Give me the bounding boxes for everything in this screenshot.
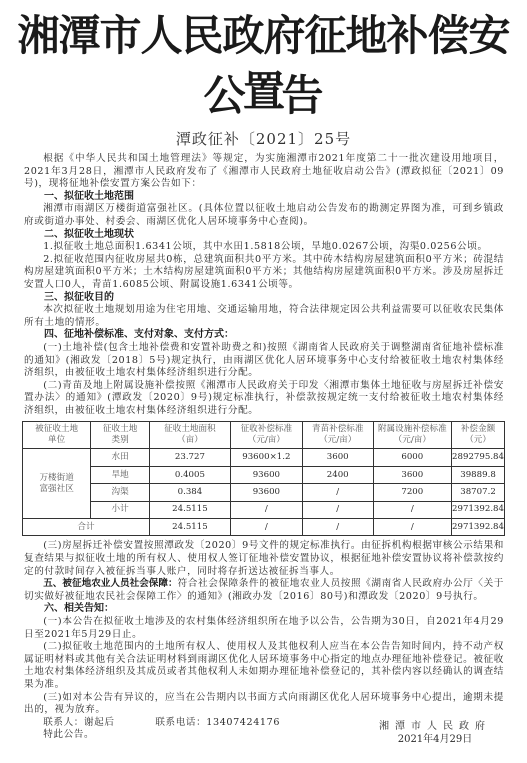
land-type-cell: 旱地 [91,466,150,483]
issuing-organization: 湘潭市人民政府 [379,720,491,733]
amount-cell: 38707.2 [452,484,505,501]
land-type-cell: 小计 [91,501,150,518]
section-heading: 四、征地补偿标准、支付对象、支付方式： [24,329,504,342]
amount-cell: 2971392.84 [452,519,505,536]
column-header: 征收补偿标准（元/亩） [230,422,302,449]
table-row: 万楼街道富强社区 水田 23.727 93600×1.2 3600 6000 2… [23,449,505,466]
crop-cell: / [302,484,373,501]
amount-cell: 2892795.84 [452,449,505,466]
area-cell: 24.5115 [149,501,230,518]
facility-cell: 3600 [373,466,451,483]
area-cell: 24.5115 [149,519,230,536]
standard-cell: 93600×1.2 [230,449,302,466]
compensation-table: 被征收土地单位 征收土地类别 征收土地面积（亩） 征收补偿标准（元/亩） 青苗补… [22,421,505,536]
crop-cell: / [302,501,373,518]
paragraph: (一)土地补偿(包含土地补偿费和安置补助费之和)按照《湖南省人民政府关于调整湖南… [24,342,504,380]
paragraph: 2.拟征收范围内征收房屋共0栋，总建筑面积共0平方米。其中砖木结构房屋建筑面积0… [24,254,504,292]
crop-cell: 2400 [302,466,373,483]
paragraph: (一)本公告在拟征收土地涉及的农村集体经济组织所在地予以公告，公告期为30日，自… [24,616,504,641]
document-number: 潭政征补〔2021〕25号 [0,128,527,149]
column-header: 补偿金额（元） [452,422,505,449]
crop-cell: 3600 [302,449,373,466]
column-header: 附属设施补偿标准（元/亩） [373,422,451,449]
facility-cell: 7200 [373,484,451,501]
standard-cell: / [230,519,302,536]
paragraph: 湘潭市雨湖区万楼街道富强社区。(具体位置以征收土地启动公告发布的勘测定界图为准，… [24,203,504,228]
standard-cell: / [230,501,302,518]
area-cell: 23.727 [149,449,230,466]
column-header: 征收土地面积（亩） [149,422,230,449]
amount-cell: 2971392.84 [452,501,505,518]
section-heading-inline: 五、被征地农业人员社会保障： [43,578,177,589]
section-heading: 二、拟征收土地现状 [24,229,504,242]
table-row-subtotal: 小计 24.5115 / / / 2971392.84 [23,501,505,518]
section-heading: 一、拟征收土地范围 [24,191,504,204]
total-label-cell: 合计 [23,519,150,536]
standard-cell: 93600 [230,484,302,501]
table-row-total: 合计 24.5115 / / / 2971392.84 [23,519,505,536]
facility-cell: / [373,501,451,518]
land-type-cell: 水田 [91,449,150,466]
paragraph: (二)青苗及地上附属设施补偿按照《湘潭市人民政府关于印发〈湘潭市集体土地征收与房… [24,380,504,418]
amount-cell: 39889.8 [452,466,505,483]
paragraph: 本次拟征收土地规划用途为住宅用地、交通运输用地，符合法律规定因公共利益需要可以征… [24,304,504,329]
table-row: 旱地 0.4005 93600 2400 3600 39889.8 [23,466,505,483]
unit-name-cell: 万楼街道富强社区 [23,449,91,519]
paragraph-social-security: 五、被征地农业人员社会保障：符合社会保障条件的被征地农业人员按照《湖南省人民政府… [24,578,504,603]
land-type-cell: 沟渠 [91,484,150,501]
notice-body: 根据《中华人民共和国土地管理法》等规定，为实施湘潭市2021年度第二十一批次建设… [24,153,504,742]
paragraph: 1.拟征收土地总面积1.6341公顷，其中水田1.5818公顷，旱地0.0267… [24,241,504,254]
area-cell: 0.384 [149,484,230,501]
section-heading: 六、相关告知： [24,603,504,616]
signature-block: 湘潭市人民政府 2021年4月29日 [379,720,491,746]
paragraph: (二)拟征收土地范围内的土地所有权人、使用权人及其他权利人应当在本公告告知时间内… [24,641,504,691]
table-row: 沟渠 0.384 93600 / 7200 38707.2 [23,484,505,501]
intro-paragraph: 根据《中华人民共和国土地管理法》等规定，为实施湘潭市2021年度第二十一批次建设… [24,153,504,191]
table-header-row: 被征收土地单位 征收土地类别 征收土地面积（亩） 征收补偿标准（元/亩） 青苗补… [23,422,505,449]
crop-cell: / [302,519,373,536]
column-header: 被征收土地单位 [23,422,91,449]
issue-date: 2021年4月29日 [379,733,491,746]
facility-cell: / [373,519,451,536]
page-subtitle: 公告 [0,68,527,124]
column-header: 青苗补偿标准（元/亩） [302,422,373,449]
area-cell: 0.4005 [149,466,230,483]
section-heading: 三、拟征收目的 [24,292,504,305]
facility-cell: 6000 [373,449,451,466]
paragraph: (三)如对本公告有异议的，应当在公告期内以书面方式向雨湖区优化人居环境事务中心提… [24,692,504,717]
standard-cell: 93600 [230,466,302,483]
column-header: 征收土地类别 [91,422,150,449]
paragraph: (三)房屋拆迁补偿安置按照潭政发〔2020〕9号文件的规定标准执行。由征拆机构根… [24,540,504,578]
